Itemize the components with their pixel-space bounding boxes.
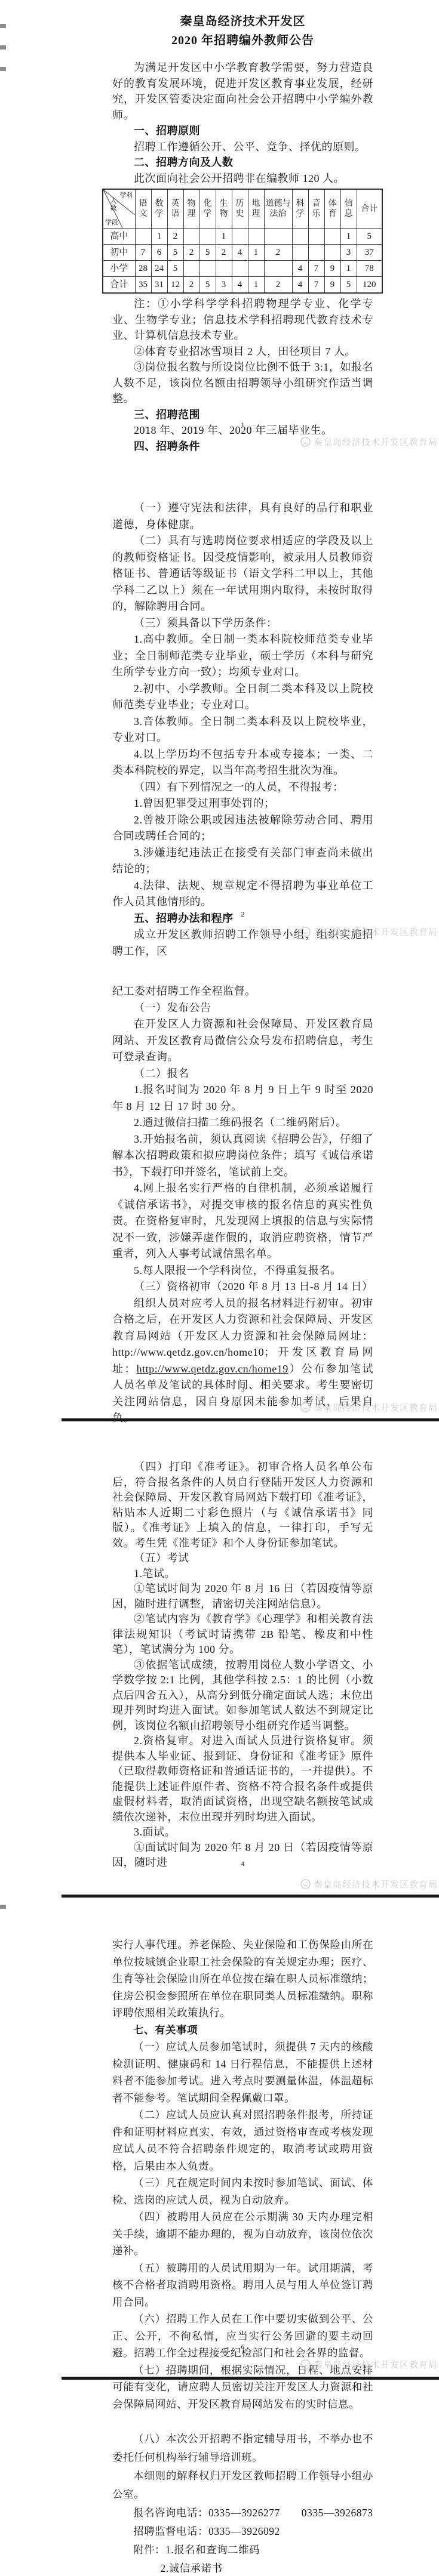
watermark: 秦皇岛经济技术开发区教育局 [300,2358,438,2371]
paragraph: 在开发区人力资源和社会保障局、开发区教育局网站、开发区教育局微信公众号发布招聘信… [112,1016,373,1066]
paragraph: 4.法律、法规、规章规定不得招聘为事业单位工作人员其他情形的。 [112,878,373,911]
paragraph: 招聘监督电话：0335—3926092 [112,2522,373,2541]
paragraph: （一）遵守宪法和法律，具有良好的品行和职业道德，身体健康。 [112,500,373,533]
cell: 1 [151,229,167,245]
table-row: 合计3531122534124795120 [103,277,382,294]
row-label: 初中 [103,245,135,261]
paragraph: 2.资格复审。对进入面试人员进行资格复审。须提供本人毕业证、报到证、身份证和《准… [112,1733,373,1825]
paragraph: ①笔试时间为 2020 年 8 月 16 日（若因疫情等原因，随时进行调整，请密… [112,1581,373,1612]
cell: 24 [151,261,167,277]
paragraph: 1.曾因犯罪受过刑事处罚的； [112,795,373,812]
page-1: 秦皇岛经济技术开发区2020 年招聘编外教师公告为满足开发区中小学教育教学需要，… [0,0,439,500]
paragraph: （一）发布公告 [112,1000,373,1017]
paragraph: ②笔试内容为《教育学》《心理学》和相关教育法律法规知识（考试时请携带 2B 铅笔… [112,1612,373,1658]
table-row: 初中765252412337 [103,245,382,261]
paragraph: （五）考试 [112,1551,373,1566]
cell [264,261,292,277]
watermark-text: 秦皇岛经济技术开发区教育局 [314,925,438,938]
document-title: 秦皇岛经济技术开发区2020 年招聘编外教师公告 [112,0,373,50]
cell: 2 [167,229,183,245]
cell [248,261,264,277]
column-header: 科学 [292,189,308,229]
paragraph: 为满足开发区中小学教育教学需要，努力营造良好的教育发展环境，促进开发区教育事业发… [112,60,373,123]
watermark-text: 秦皇岛经济技术开发区教育局 [314,436,438,448]
column-header: 物理 [183,189,199,229]
document-title-line: 2020 年招聘编外教师公告 [112,31,373,50]
cell: 1 [248,277,264,294]
watermark: 秦皇岛经济技术开发区教育局 [300,1878,438,1890]
cell [308,229,324,245]
education-bureau-logo-icon [300,2359,311,2370]
education-bureau-logo-icon [300,1879,311,1889]
document-title-line: 秦皇岛经济技术开发区 [112,12,373,31]
column-header: 历史 [232,189,248,229]
page-number: 3 [112,1385,373,1394]
cell: 4 [232,277,248,294]
paragraph: 3.开始报名前，须认真阅读《招聘公告》，仔细了解本次招聘政策和拟应聘岗位条件；填… [112,1131,373,1181]
column-header: 信息 [340,189,357,229]
document: 秦皇岛经济技术开发区2020 年招聘编外教师公告为满足开发区中小学教育教学需要，… [0,0,439,2576]
column-header: 体育 [324,189,340,229]
column-header: 英语 [167,189,183,229]
watermark-text: 秦皇岛经济技术开发区教育局 [314,2358,438,2371]
page-number: 2 [112,910,373,919]
paragraph: 本细则的解释权归开发区教师招聘工作领导小组办公室。 [112,2467,373,2504]
paragraph: 3.面试。 [112,1825,373,1840]
table-corner-cell: 学科人数学段 [103,189,135,229]
paragraph: 注：①小学科学学科招聘物理学专业、化学专业、生物学专业；信息技术学科招聘现代教育… [112,296,373,344]
cell: 35 [135,277,151,294]
paragraph: 附件：1.报名和查询二维码 [112,2541,373,2559]
column-header: 道德与法治 [264,189,292,229]
row-label: 高中 [103,229,135,245]
paragraph: （四）打印《准考证》。初审合格人员名单公布后，符合报名条件的人员自行登陆开发区人… [112,1460,373,1551]
paragraph: 1.笔试。 [112,1566,373,1582]
column-header: 合计 [357,189,382,229]
table-header-row: 学科人数学段语文数学英语物理化学生物历史地理道德与法治科学音乐体育信息合计 [103,189,382,229]
page-separator-bar [62,1895,439,1898]
cell: 1 [340,229,357,245]
column-header: 地理 [248,189,264,229]
paragraph: 4.网上报名实行严格的自律机制，必须承诺履行《诚信承诺书》，对提交审核的报名信息… [112,1180,373,1263]
paragraph: （二）应试人员应认真对照招聘条件报考，所持证件和证明材料应真实、有效，通过资格审… [112,2106,373,2174]
cell [232,261,248,277]
column-header: 生物 [216,189,232,229]
table-row: 小学28245479178 [103,261,382,277]
corner-label-count: 人数 [110,198,117,212]
row-label: 合计 [103,277,135,294]
link-url[interactable]: http://www.qetdz.gov.cn/home19 [137,1363,288,1375]
paragraph: （二）报名 [112,1066,373,1082]
education-bureau-logo-icon [300,1402,311,1412]
watermark-text: 秦皇岛经济技术开发区教育局 [314,1878,438,1890]
cell: 78 [357,261,382,277]
cell: 4 [292,277,308,294]
paragraph: ③依据笔试成绩，按聘用岗位人数小学语文、小学数学按 2:1 比例，其他学科按 2… [112,1658,373,1734]
cell: 5 [167,261,183,277]
cell: 9 [324,277,340,294]
paragraph: （三）须具备以下学历条件： [112,615,373,632]
page-p7: （八）本次公开招聘不指定辅导用书，不举办也不委托任何机构举行辅导培训班。本细则的… [0,2430,439,2576]
cell: 7 [308,277,324,294]
paragraph: 1.报名时间为 2020 年 8 月 9 日上午 9 时至 2020 年 8 月… [112,1082,373,1115]
table-row: 高中12115 [103,229,382,245]
page-3: 纪工委对招聘工作全程监督。（一）发布公告在开发区人力资源和社会保障局、开发区教育… [0,983,439,1460]
cell: 2 [264,245,292,261]
cell: 7 [308,261,324,277]
watermark: 秦皇岛经济技术开发区教育局 [300,925,438,938]
section-heading: 一、招聘原则 [112,123,373,139]
cell [232,229,248,245]
paragraph: （四）有下列情况之一的人员，不得报考： [112,779,373,796]
paragraph: 4.以上学历均不包括专升本或专接本；一类、二类本科院校的界定，以当年高考招生批次… [112,746,373,779]
cell: 4 [232,245,248,261]
column-header: 语文 [135,189,151,229]
paragraph: （二）具有与选聘岗位要求相适应的学段及以上的教师资格证书。因受疫情影响，被录用人… [112,533,373,615]
watermark: 秦皇岛经济技术开发区教育局 [300,436,438,448]
corner-label-stage: 学段 [105,219,118,226]
paragraph: ③岗位报名数与所设岗位比例不低于 3:1，如报名人数不足，该岗位名额由招聘领导小… [112,359,373,407]
paragraph: （六）招聘工作人员在工作中要切实做到公平、公正、公开，不徇私情，应当实行公务回避… [112,2310,373,2362]
page-number: 6 [112,2343,373,2352]
cell: 3 [216,277,232,294]
paragraph: 1.高中教师。全日制一类本科院校师范类专业毕业；全日制师范类专业毕业，硕士学历（… [112,631,373,681]
section-heading: 七、有关事项 [112,2022,373,2039]
watermark-text: 秦皇岛经济技术开发区教育局 [314,1401,438,1414]
cell: 9 [324,261,340,277]
paragraph: 2.曾被开除公职或因违法被解除劳动合同、聘用合同或聘任合同的； [112,812,373,845]
page-6: 实行人事代理。养老保险、失业保险和工伤保险由所在单位按城镇企业职工社会保险的有关… [0,1936,439,2430]
paragraph: 实行人事代理。养老保险、失业保险和工伤保险由所在单位按城镇企业职工社会保险的有关… [112,1936,373,2022]
page-2: （一）遵守宪法和法律，具有良好的品行和职业道德，身体健康。（二）具有与选聘岗位要… [0,500,439,983]
cell [324,245,340,261]
cell [183,261,199,277]
cell [216,261,232,277]
paragraph: （五）被聘用的人员试用期为一年。试用期满，考核不合格者取消聘用资格。聘用人员与用… [112,2260,373,2311]
paragraph: 招聘工作遵循公开、公平、竞争、择优的原则。 [112,139,373,155]
page-separator-bar [62,1418,439,1421]
cell: 5 [340,277,357,294]
cell: 2 [183,277,199,294]
cell [183,229,199,245]
page-separator-bar [62,2377,439,2380]
paragraph: 3.音体教师。全日制二类本科及以上院校毕业，专业对口。 [112,714,373,746]
cell: 1 [216,229,232,245]
cell: 6 [151,245,167,261]
corner-label-subject: 学科 [120,192,133,199]
paragraph: （三）凡在规定时间内未按时参加笔试、面试、体检、选岗的应试人员，视为自动放弃。 [112,2174,373,2208]
paragraph: 2.诚信承诺书 [112,2559,373,2576]
cell [292,245,308,261]
row-label: 小学 [103,261,135,277]
paragraph: （三）资格初审（2020 年 8 月 13 日-8 月 14 日） [112,1279,373,1295]
cell [264,229,292,245]
cell: 5 [199,245,216,261]
cell: 5 [167,245,183,261]
page-4: （四）打印《准考证》。初审合格人员名单公布后，符合报名条件的人员自行登陆开发区人… [0,1460,439,1936]
column-header: 音乐 [308,189,324,229]
paragraph: 纪工委对招聘工作全程监督。 [112,983,373,1000]
cell: 7 [135,245,151,261]
cell: 2 [216,245,232,261]
section-heading: 二、招聘方向及人数 [112,155,373,171]
paragraph: 报名咨询电话：0335—3926277 0335—3926873 [112,2504,373,2522]
cell [199,229,216,245]
paragraph: （一）应试人员参加笔试时，须提供 7 天内的核酸检测证明、健康码和 14 日行程… [112,2038,373,2106]
cell: 5 [199,277,216,294]
paragraph: 5.每人限报一个学科岗位，不得重复报名。 [112,1263,373,1279]
watermark: 秦皇岛经济技术开发区教育局 [300,1401,438,1414]
recruitment-positions-table: 学科人数学段语文数学英语物理化学生物历史地理道德与法治科学音乐体育信息合计高中1… [102,189,383,294]
cell [324,229,340,245]
cell: 2 [264,277,292,294]
paragraph: 2.通过微信扫描二维码报名（二维码附后）。 [112,1115,373,1131]
column-header: 化学 [199,189,216,229]
cell [292,229,308,245]
page-number: 4 [112,1859,373,1868]
cell: 1 [340,261,357,277]
cell: 120 [357,277,382,294]
paragraph: 此次面向社会公开招聘非在编教师 120 人。 [112,171,373,187]
cell: 2 [183,245,199,261]
cell [199,261,216,277]
paragraph: 2.初中、小学教师。全日制二类本科及以上院校师范类专业毕业；专业对口。 [112,681,373,714]
education-bureau-logo-icon [300,927,311,937]
cell: 4 [292,261,308,277]
cell: 5 [357,229,382,245]
cell: 31 [151,277,167,294]
paragraph: 3.涉嫌违纪违法正在接受有关部门审查尚未做出结论的； [112,845,373,878]
cell [308,245,324,261]
cell: 37 [357,245,382,261]
cell [248,229,264,245]
cell: 12 [167,277,183,294]
cell: 28 [135,261,151,277]
cell: 1 [248,245,264,261]
paragraph: ②体育专业招冰雪项目 2 人，田径项目 7 人。 [112,344,373,360]
column-header: 数学 [151,189,167,229]
cell: 3 [340,245,357,261]
page-number: 1 [112,421,373,430]
paragraph: （八）本次公开招聘不指定辅导用书，不举办也不委托任何机构举行辅导培训班。 [112,2430,373,2467]
cell [135,229,151,245]
education-bureau-logo-icon [300,437,311,447]
paragraph: （四）被聘用人员应在公示期满 30 天内办理完相关手续，逾期不能办理的，视为自动… [112,2208,373,2260]
